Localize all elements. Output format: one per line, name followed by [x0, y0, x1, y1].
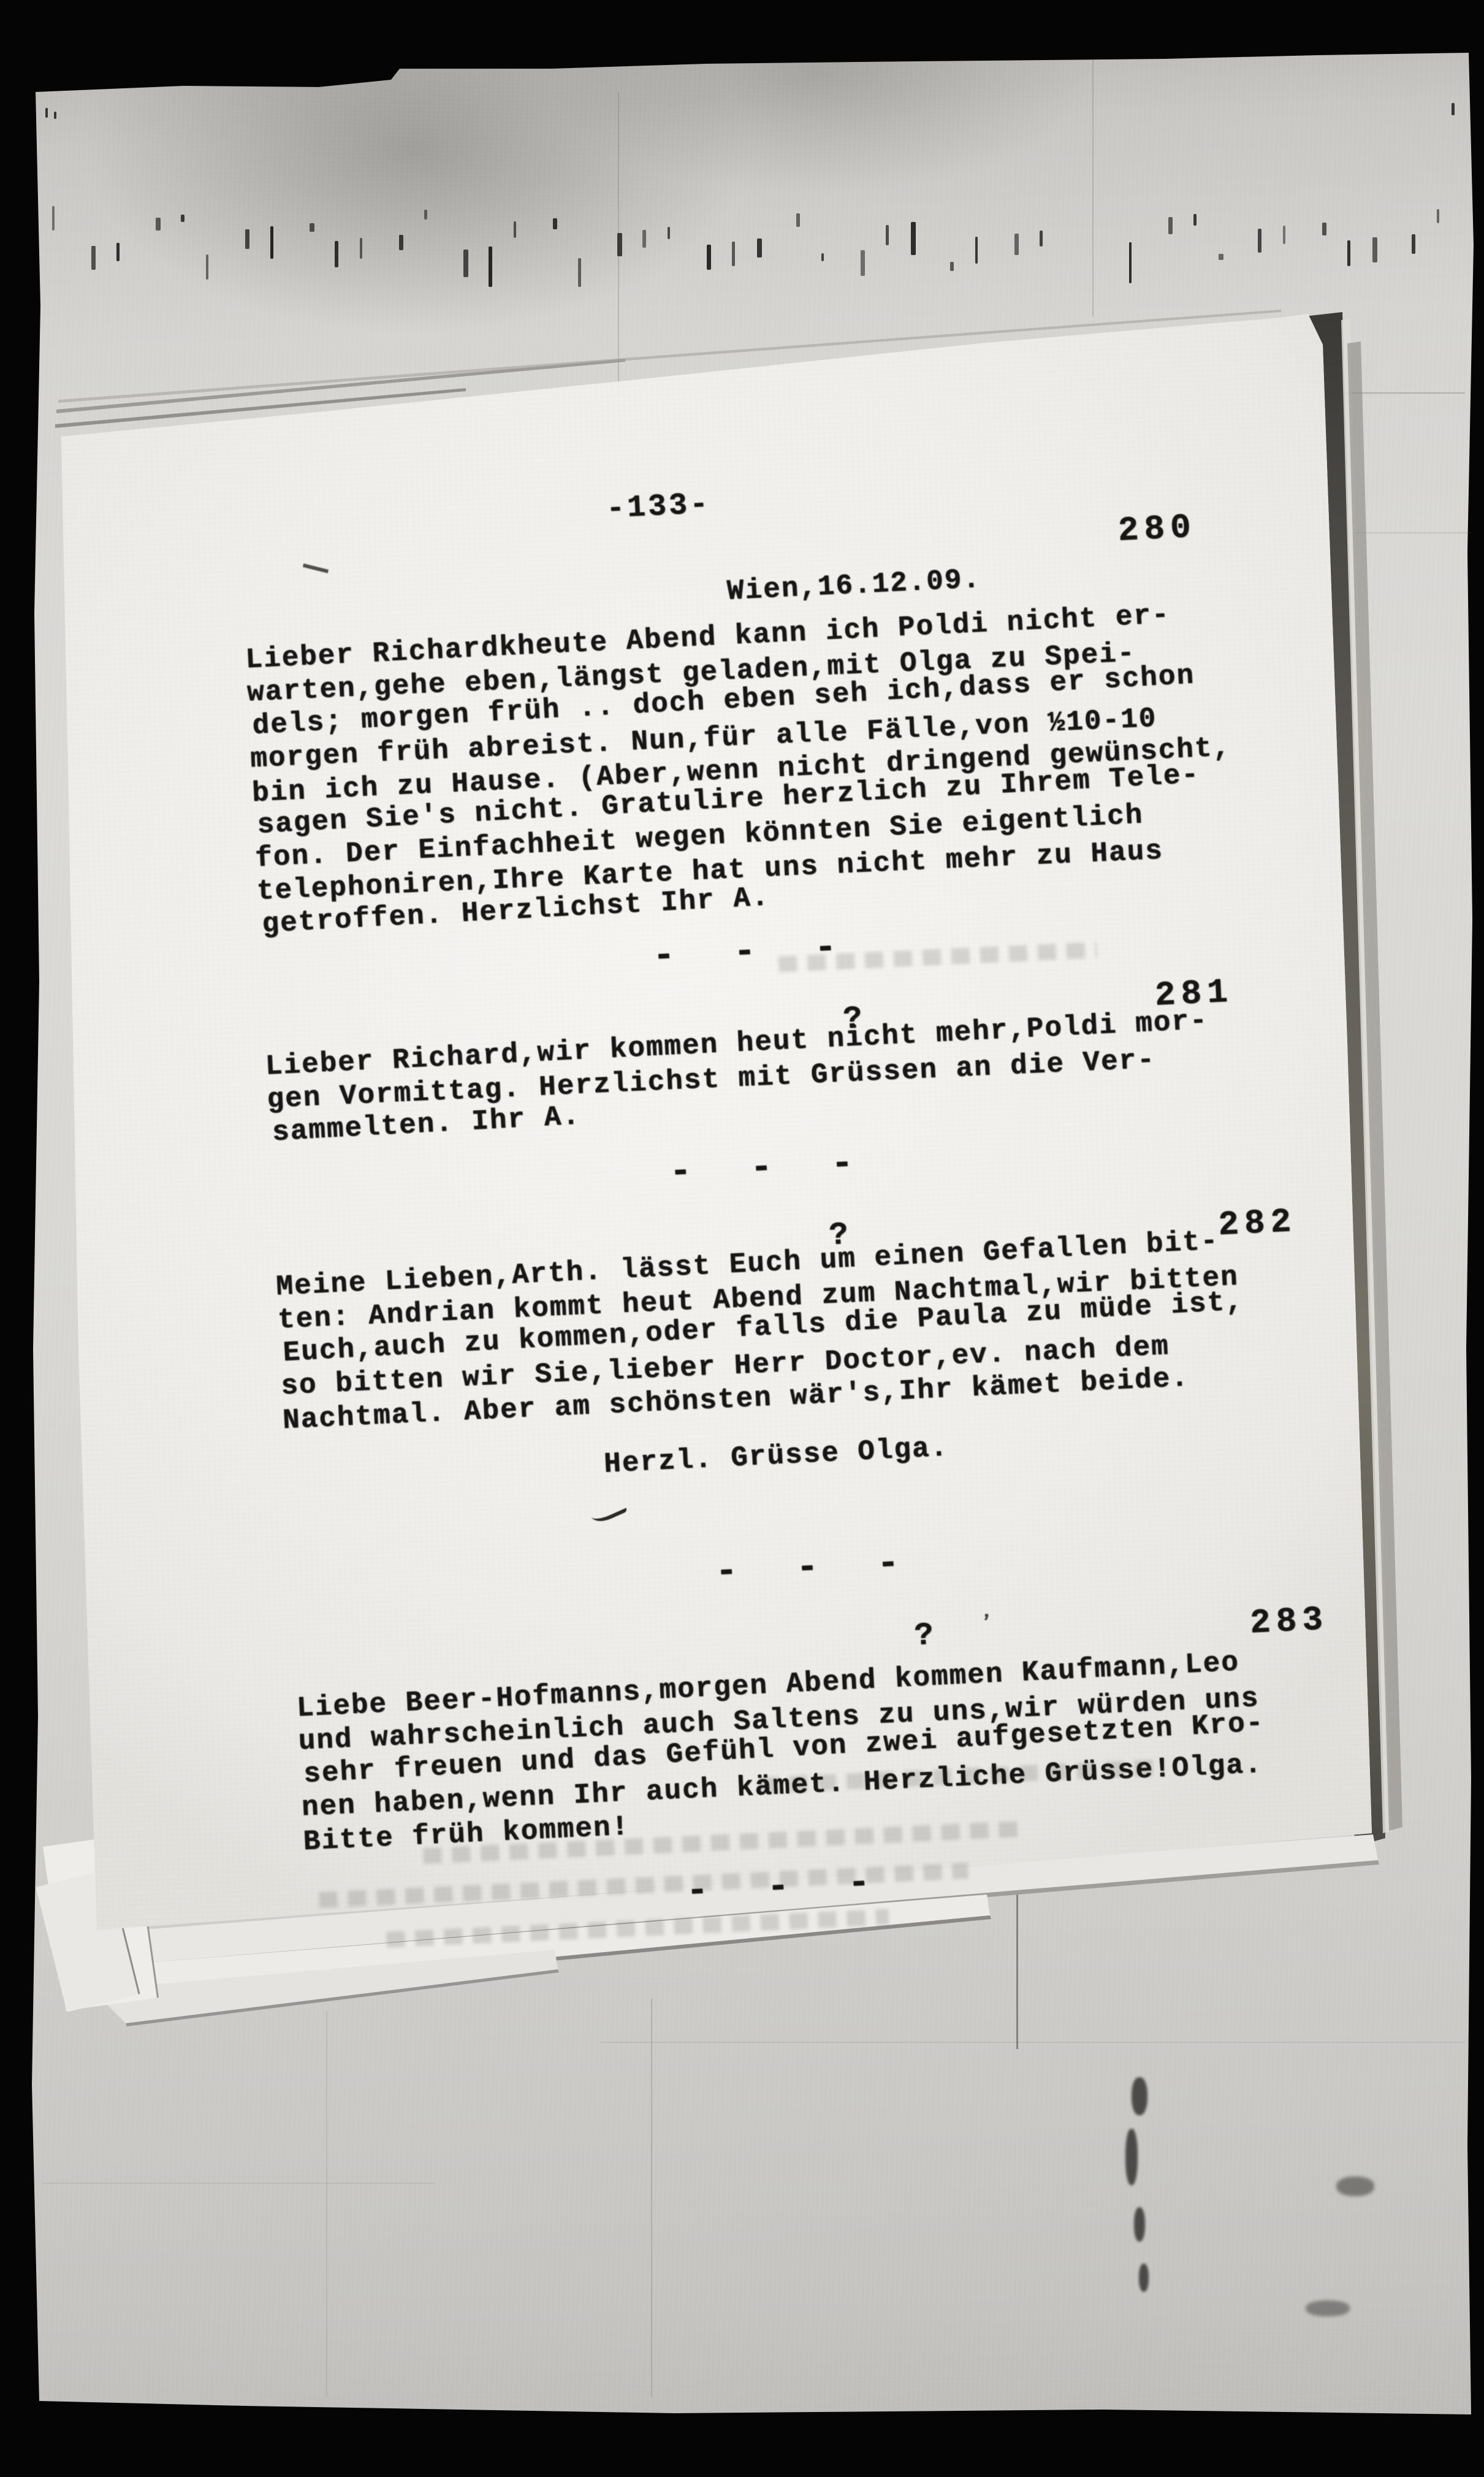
paper-crease — [651, 1999, 652, 2397]
tick-mark — [757, 239, 762, 258]
annotation-mark: ʼ — [976, 1611, 993, 1636]
tick-mark — [181, 215, 185, 222]
tick-mark — [1258, 229, 1261, 253]
tick-mark — [54, 112, 56, 119]
tick-mark — [245, 229, 249, 249]
tick-mark — [950, 262, 954, 271]
tick-mark — [668, 227, 670, 239]
tick-mark — [514, 221, 516, 238]
tick-mark — [424, 210, 427, 219]
tick-mark — [310, 223, 314, 232]
tick-mark — [1168, 217, 1173, 234]
tick-mark — [52, 206, 55, 231]
tick-mark — [463, 250, 468, 277]
dateline: Wien,16.12.09. — [726, 563, 982, 608]
tick-mark — [578, 258, 581, 287]
ink-blob — [1132, 2077, 1147, 2115]
tick-mark — [732, 242, 735, 266]
tick-mark — [886, 225, 889, 245]
tick-mark — [45, 108, 48, 118]
ink-blob — [1125, 2129, 1138, 2185]
question-mark: ? — [913, 1619, 934, 1653]
tick-mark — [116, 243, 120, 261]
tick-mark — [270, 226, 273, 259]
entry-number-280: 280 — [1117, 508, 1197, 551]
tick-mark — [335, 241, 338, 267]
tick-mark — [206, 254, 208, 280]
tick-mark — [1347, 240, 1350, 266]
tick-mark — [1129, 242, 1132, 283]
tick-mark — [1014, 234, 1019, 255]
entry-283-head: 283 ? ʼ Liebe Beer-Hofmanns,morgen Abend… — [292, 1561, 1308, 1858]
tick-mark — [975, 237, 978, 264]
tick-mark — [707, 245, 711, 270]
tick-mark — [1219, 254, 1223, 260]
tick-mark — [821, 253, 824, 261]
tick-mark — [1437, 209, 1439, 223]
smudge — [1336, 2177, 1374, 2196]
tick-mark — [1372, 237, 1377, 262]
ink-blob — [1134, 2207, 1145, 2242]
paper-crease — [1092, 59, 1094, 316]
typewritten-text-block: -133- 280 Wien,16.12.09. Lieber Richardk… — [238, 461, 1312, 1927]
tick-mark — [489, 246, 492, 287]
smudge — [1306, 2300, 1350, 2316]
entry-282-text: Meine Lieben,Arth. lässt Euch um einen G… — [275, 1221, 1287, 1436]
entry-number-283: 283 — [1249, 1600, 1330, 1643]
scratch-line — [601, 2042, 1465, 2043]
tick-mark — [861, 250, 865, 276]
tick-mark — [642, 230, 646, 248]
tick-mark — [617, 233, 622, 256]
tick-mark — [1283, 226, 1285, 244]
page-number: -133- — [606, 487, 712, 527]
scratch-line — [43, 2183, 435, 2184]
tick-mark — [1412, 234, 1415, 254]
tick-mark — [911, 222, 916, 255]
tick-mark — [360, 238, 362, 259]
tick-mark — [156, 218, 161, 231]
tick-mark — [1193, 214, 1197, 226]
entry-282-head: 282 ? Meine Lieben,Arth. lässt Euch um e… — [272, 1160, 1290, 1497]
tick-mark — [1040, 231, 1043, 246]
scanned-document-photo: -133- 280 Wien,16.12.09. Lieber Richardk… — [0, 0, 1484, 2477]
tick-mark — [1452, 103, 1455, 115]
entry-283-text: Liebe Beer-Hofmanns,morgen Abend kommen … — [296, 1643, 1308, 1858]
tick-mark — [553, 218, 557, 229]
tick-mark — [796, 213, 800, 227]
entry-282-closing: Herzl. Grüsse Olga. — [603, 1431, 949, 1481]
entry-281-head: 281 ? Lieber Richard,wir kommen heut nic… — [262, 944, 1274, 1150]
entry-281-text: Lieber Richard,wir kommen heut nicht meh… — [265, 1001, 1274, 1150]
tick-mark — [1322, 223, 1326, 235]
tick-mark — [399, 235, 403, 250]
ink-blob — [1139, 2264, 1149, 2292]
entry-280-text: Lieber Richardkheute Abend kann ich Pold… — [245, 595, 1263, 942]
tick-mark — [91, 246, 96, 270]
paper-crease — [326, 2011, 327, 2397]
